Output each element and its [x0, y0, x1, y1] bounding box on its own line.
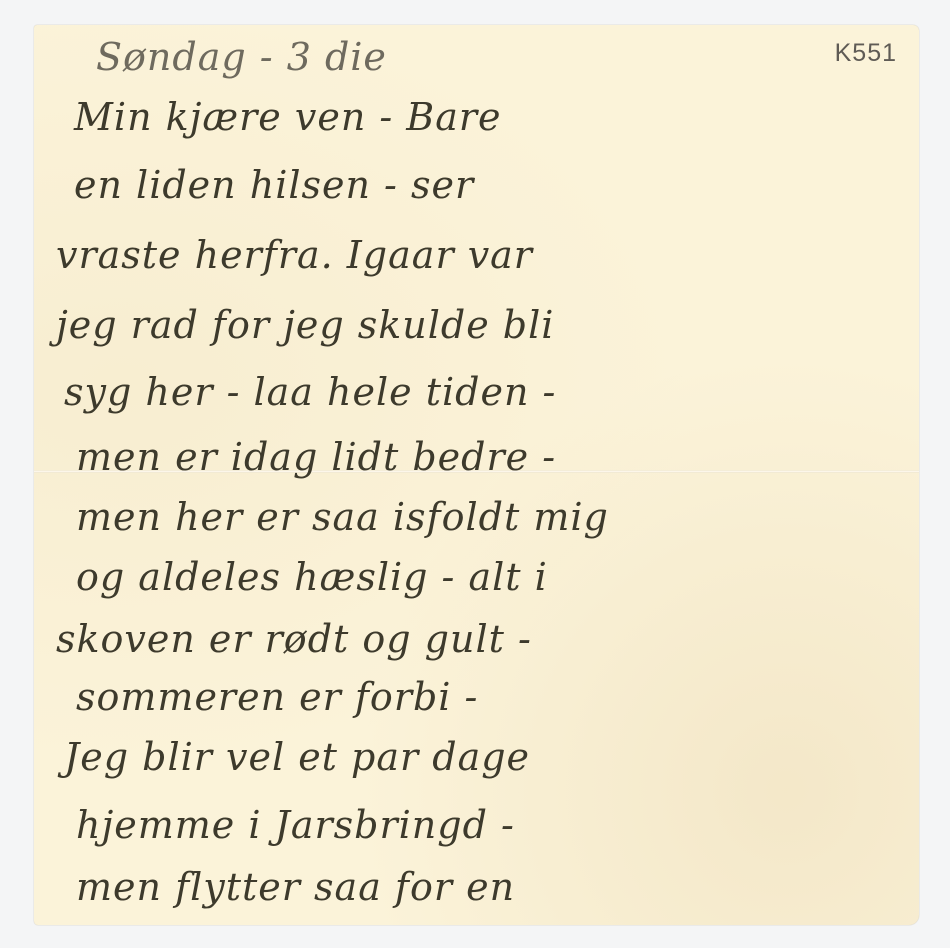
letter-page: K551 Søndag - 3 die Min kjære ven - Bare… [34, 25, 919, 925]
letter-line: men er idag lidt bedre - [76, 435, 556, 479]
archive-id-stamp: K551 [835, 39, 897, 68]
letter-line: Jeg blir vel et par dage [64, 735, 530, 779]
letter-line: men her er saa isfoldt mig [76, 495, 609, 539]
letter-line: skoven er rødt og gult - [56, 617, 532, 661]
letter-line: syg her - laa hele tiden - [64, 370, 556, 414]
letter-line: og aldeles hæslig - alt i [76, 555, 548, 599]
letter-line: jeg rad for jeg skulde bli [56, 303, 554, 347]
letter-line: Min kjære ven - Bare [74, 95, 502, 139]
letter-date-line: Søndag - 3 die [96, 35, 387, 79]
letter-line: hjemme i Jarsbringd - [76, 803, 515, 847]
letter-line: sommeren er forbi - [76, 675, 478, 719]
letter-line: en liden hilsen - ser [74, 163, 474, 207]
letter-line: vraste herfra. Igaar var [56, 233, 533, 277]
letter-line: men flytter saa for en [76, 865, 515, 909]
